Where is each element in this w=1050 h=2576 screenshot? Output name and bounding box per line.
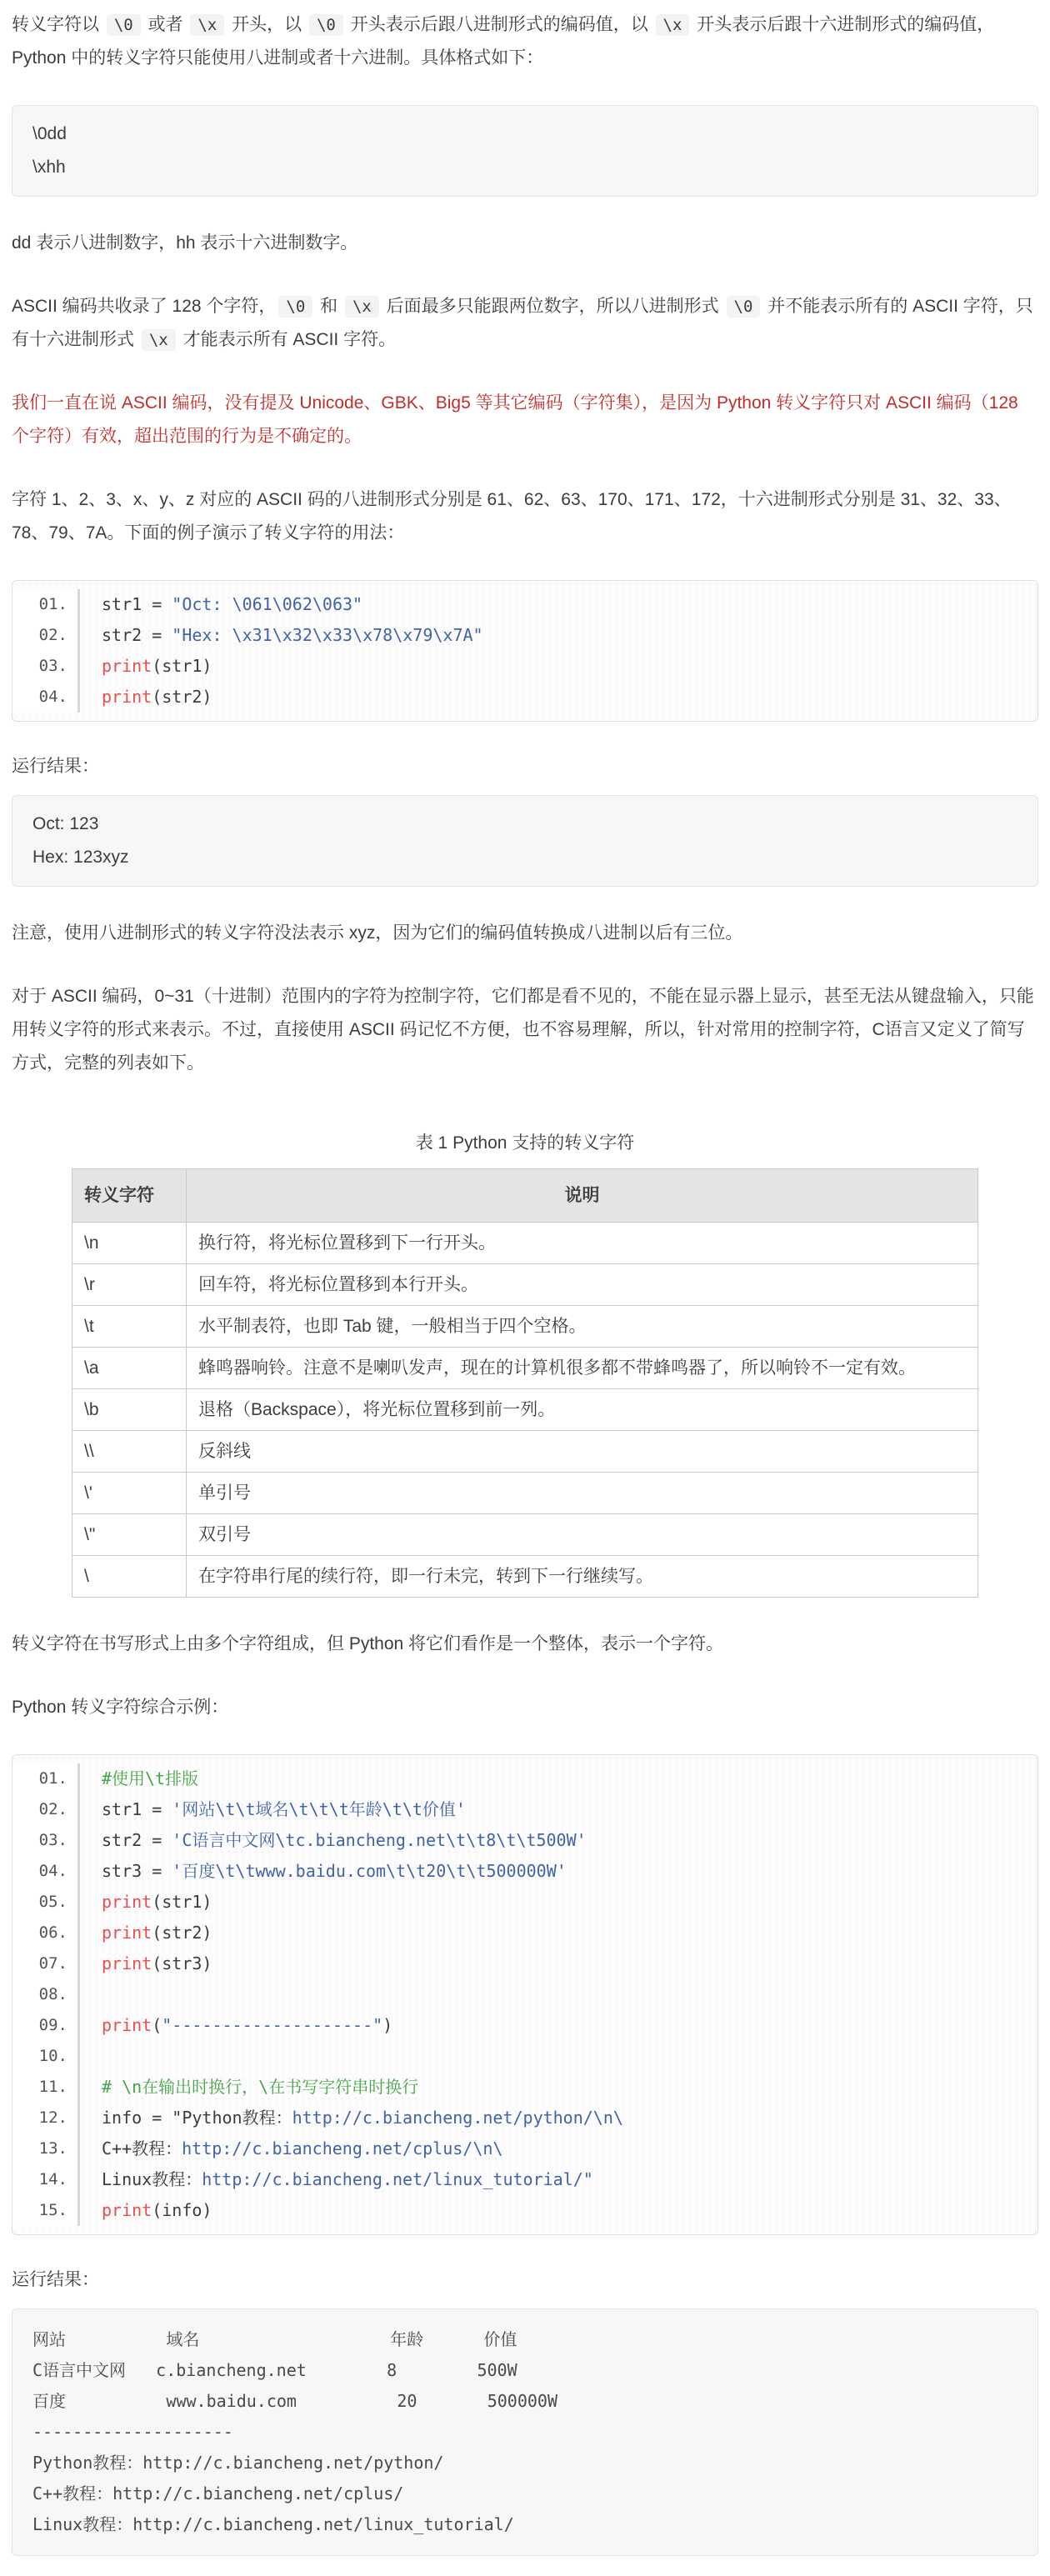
code-line: 01.str1 = "Oct: \061\062\063" [12, 589, 1037, 620]
description-cell: 水平制表符，也即 Tab 键，一般相当于四个空格。 [187, 1306, 978, 1348]
code-line-content: print(str3) [80, 1948, 1037, 1979]
line-number: 05. [12, 1887, 80, 1918]
code-line: 09.print("--------------------") [12, 2010, 1037, 2041]
paragraph-escape-as-one-char: 转义字符在书写形式上由多个字符组成，但 Python 将它们看作是一个整体，表示… [12, 1628, 1038, 1661]
table-row: \'单引号 [72, 1473, 978, 1514]
line-number: 07. [12, 1948, 80, 1979]
paragraph-escape-intro: 转义字符以 \0 或者 \x 开头，以 \0 开头表示后跟八进制形式的编码值，以… [12, 8, 1038, 75]
code-line: 08. [12, 1979, 1037, 2010]
line-number: 04. [12, 1856, 80, 1887]
code-line-content: print(str2) [80, 1918, 1037, 1948]
code-line: 04.print(str2) [12, 682, 1037, 713]
code-line-content: info = "Python教程：http://c.biancheng.net/… [80, 2103, 1037, 2133]
code-example-1: 01.str1 = "Oct: \061\062\063"02.str2 = "… [12, 580, 1038, 722]
code-line-content: print(str1) [80, 1887, 1037, 1918]
output-box-1: Oct: 123 Hex: 123xyz [12, 795, 1038, 887]
description-cell: 蜂鸣器响铃。注意不是喇叭发声，现在的计算机很多都不带蜂鸣器了，所以响铃不一定有效… [187, 1348, 978, 1389]
table-row: \a蜂鸣器响铃。注意不是喇叭发声，现在的计算机很多都不带蜂鸣器了，所以响铃不一定… [72, 1348, 978, 1389]
description-cell: 反斜线 [187, 1431, 978, 1473]
paragraph-char-codes: 字符 1、2、3、x、y、z 对应的 ASCII 码的八进制形式分别是 61、6… [12, 483, 1038, 550]
code-line: 04.str3 = '百度\t\twww.baidu.com\t\t20\t\t… [12, 1856, 1037, 1887]
escape-char-cell: \t [72, 1306, 187, 1348]
escape-char-cell: \" [72, 1514, 187, 1556]
code-line: 05.print(str1) [12, 1887, 1037, 1918]
line-number: 01. [12, 1763, 80, 1794]
code-line-content: str2 = 'C语言中文网\tc.biancheng.net\t\t8\t\t… [80, 1825, 1037, 1856]
table-row: \"双引号 [72, 1514, 978, 1556]
run-result-label-2: 运行结果： [12, 2263, 1038, 2297]
code-line-content: #使用\t排版 [80, 1763, 1037, 1794]
line-number: 06. [12, 1918, 80, 1948]
paragraph-control-chars: 对于 ASCII 编码，0~31（十进制）范围内的字符为控制字符，它们都是看不见… [12, 980, 1038, 1080]
code-line: 07.print(str3) [12, 1948, 1037, 1979]
table-header-escape: 转义字符 [72, 1169, 187, 1223]
table-row: \\反斜线 [72, 1431, 978, 1473]
code-line: 12.info = "Python教程：http://c.biancheng.n… [12, 2103, 1037, 2133]
paragraph-note-octal: 注意，使用八进制形式的转义字符没法表示 xyz，因为它们的编码值转换成八进制以后… [12, 917, 1038, 950]
inline-code: \x [190, 14, 224, 36]
line-number: 04. [12, 682, 80, 713]
escape-char-cell: \\ [72, 1431, 187, 1473]
table-header-description: 说明 [187, 1169, 978, 1223]
line-number: 03. [12, 651, 80, 682]
line-number: 14. [12, 2164, 80, 2195]
code-line-content: print(str1) [80, 651, 1037, 682]
line-number: 02. [12, 620, 80, 651]
inline-code: \x [345, 296, 379, 318]
format-box: \0dd \xhh [12, 105, 1038, 197]
line-number: 02. [12, 1794, 80, 1825]
code-line: 13.C++教程：http://c.biancheng.net/cplus/\n… [12, 2133, 1037, 2164]
code-line-content: Linux教程：http://c.biancheng.net/linux_tut… [80, 2164, 1037, 2195]
line-number: 12. [12, 2103, 80, 2133]
line-number: 15. [12, 2195, 80, 2226]
description-cell: 单引号 [187, 1473, 978, 1514]
code-line: 10. [12, 2041, 1037, 2072]
code-line-content: str1 = '网站\t\t域名\t\t\t年龄\t\t价值' [80, 1794, 1037, 1825]
description-cell: 退格（Backspace），将光标位置移到前一列。 [187, 1389, 978, 1431]
inline-code: \0 [727, 296, 761, 318]
code-line: 02.str2 = "Hex: \x31\x32\x33\x78\x79\x7A… [12, 620, 1037, 651]
code-line-content: print(str2) [80, 682, 1037, 713]
format-box-text: \0dd \xhh [32, 118, 1017, 184]
escape-char-cell: \r [72, 1264, 187, 1306]
code-line: 03.str2 = 'C语言中文网\tc.biancheng.net\t\t8\… [12, 1825, 1037, 1856]
table-row: \r回车符，将光标位置移到本行开头。 [72, 1264, 978, 1306]
table-row: \t水平制表符，也即 Tab 键，一般相当于四个空格。 [72, 1306, 978, 1348]
code-line-content: print(info) [80, 2195, 1037, 2226]
code-line-content: str1 = "Oct: \061\062\063" [80, 589, 1037, 620]
code-line-content: str2 = "Hex: \x31\x32\x33\x78\x79\x7A" [80, 620, 1037, 651]
table-row: \b退格（Backspace），将光标位置移到前一列。 [72, 1389, 978, 1431]
paragraph-dd-hh: dd 表示八进制数字，hh 表示十六进制数字。 [12, 227, 1038, 260]
code-line: 11.# \n在输出时换行，\在书写字符串时换行 [12, 2072, 1037, 2103]
article-content: 转义字符以 \0 或者 \x 开头，以 \0 开头表示后跟八进制形式的编码值，以… [0, 0, 1050, 2576]
code-line-content: str3 = '百度\t\twww.baidu.com\t\t20\t\t500… [80, 1856, 1037, 1887]
inline-code: \0 [309, 14, 343, 36]
line-number: 09. [12, 2010, 80, 2041]
output-box-2-text: 网站 域名 年龄 价值 C语言中文网 c.biancheng.net 8 500… [32, 2324, 1017, 2540]
code-line: 15.print(info) [12, 2195, 1037, 2226]
code-line: 06.print(str2) [12, 1918, 1037, 1948]
output-box-1-text: Oct: 123 Hex: 123xyz [32, 808, 1017, 874]
inline-code: \x [142, 329, 176, 351]
code-line-content [80, 1979, 1037, 2010]
inline-code: \x [656, 14, 690, 36]
code-line: 02.str1 = '网站\t\t域名\t\t\t年龄\t\t价值' [12, 1794, 1037, 1825]
code-line-content: # \n在输出时换行，\在书写字符串时换行 [80, 2072, 1037, 2103]
description-cell: 回车符，将光标位置移到本行开头。 [187, 1264, 978, 1306]
line-number: 03. [12, 1825, 80, 1856]
warning-paragraph: 我们一直在说 ASCII 编码，没有提及 Unicode、GBK、Big5 等其… [12, 387, 1038, 453]
escape-char-table: 转义字符 说明 \n换行符，将光标位置移到下一行开头。\r回车符，将光标位置移到… [72, 1168, 978, 1598]
line-number: 08. [12, 1979, 80, 2010]
code-example-2: 01.#使用\t排版02.str1 = '网站\t\t域名\t\t\t年龄\t\… [12, 1754, 1038, 2235]
code-line-content [80, 2041, 1037, 2072]
line-number: 10. [12, 2041, 80, 2072]
table-row: \n换行符，将光标位置移到下一行开头。 [72, 1223, 978, 1264]
code-line: 03.print(str1) [12, 651, 1037, 682]
paragraph-ascii-128: ASCII 编码共收录了 128 个字符，\0 和 \x 后面最多只能跟两位数字… [12, 290, 1038, 357]
line-number: 11. [12, 2072, 80, 2103]
code-line: 01.#使用\t排版 [12, 1763, 1037, 1794]
inline-code: \0 [107, 14, 141, 36]
escape-char-cell: \b [72, 1389, 187, 1431]
escape-char-cell: \' [72, 1473, 187, 1514]
escape-char-cell: \ [72, 1556, 187, 1598]
run-result-label-1: 运行结果： [12, 750, 1038, 783]
description-cell: 在字符串行尾的续行符，即一行未完，转到下一行继续写。 [187, 1556, 978, 1598]
output-box-2: 网站 域名 年龄 价值 C语言中文网 c.biancheng.net 8 500… [12, 2308, 1038, 2556]
escape-char-cell: \n [72, 1223, 187, 1264]
description-cell: 双引号 [187, 1514, 978, 1556]
table-title: 表 1 Python 支持的转义字符 [12, 1127, 1038, 1160]
line-number: 13. [12, 2133, 80, 2164]
paragraph-example-label: Python 转义字符综合示例： [12, 1691, 1038, 1724]
table-header-row: 转义字符 说明 [72, 1169, 978, 1223]
inline-code: \0 [278, 296, 312, 318]
table-row: \在字符串行尾的续行符，即一行未完，转到下一行继续写。 [72, 1556, 978, 1598]
escape-char-cell: \a [72, 1348, 187, 1389]
table-body: \n换行符，将光标位置移到下一行开头。\r回车符，将光标位置移到本行开头。\t水… [72, 1223, 978, 1598]
code-line-content: print("--------------------") [80, 2010, 1037, 2041]
line-number: 01. [12, 589, 80, 620]
description-cell: 换行符，将光标位置移到下一行开头。 [187, 1223, 978, 1264]
code-line: 14.Linux教程：http://c.biancheng.net/linux_… [12, 2164, 1037, 2195]
code-line-content: C++教程：http://c.biancheng.net/cplus/\n\ [80, 2133, 1037, 2164]
